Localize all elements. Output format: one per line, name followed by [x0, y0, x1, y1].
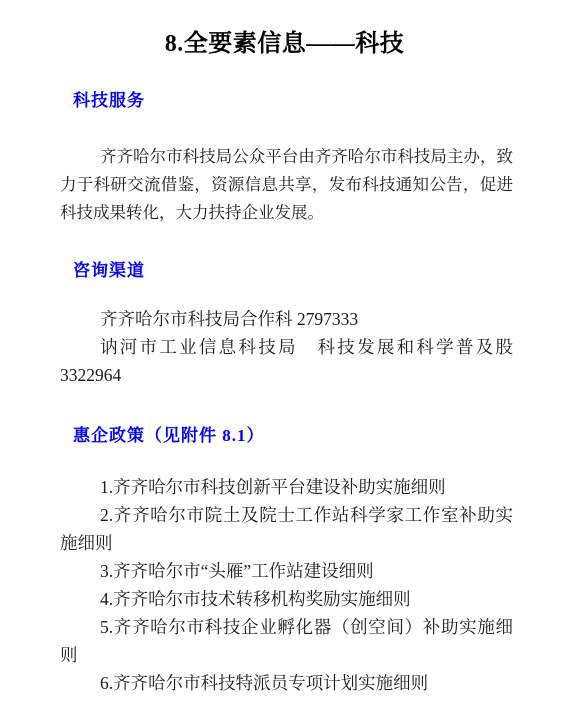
policy-item: 6.齐齐哈尔市科技特派员专项计划实施细则: [60, 669, 513, 697]
contact-list: 齐齐哈尔市科技局合作科 2797333 讷河市工业信息科技局 科技发展和科学普及…: [60, 305, 513, 389]
section-consult-channels: 咨询渠道 齐齐哈尔市科技局合作科 2797333 讷河市工业信息科技局 科技发展…: [60, 261, 513, 389]
section-heading-policies: 惠企政策（见附件 8.1）: [73, 426, 513, 446]
document-page: 8.全要素信息——科技 科技服务 齐齐哈尔市科技局公众平台由齐齐哈尔市科技局主办…: [0, 0, 569, 710]
policy-item: 5.齐齐哈尔市科技企业孵化器（创空间）补助实施细则: [60, 613, 513, 669]
policy-item: 2.齐齐哈尔市院土及院士工作站科学家工作室补助实施细则: [60, 501, 513, 557]
section-policies: 惠企政策（见附件 8.1） 1.齐齐哈尔市科技创新平台建设补助实施细则 2.齐齐…: [60, 426, 513, 697]
section-tech-service: 科技服务 齐齐哈尔市科技局公众平台由齐齐哈尔市科技局主办，致力于科研交流借鉴，资…: [60, 91, 513, 227]
section-heading-tech-service: 科技服务: [73, 91, 513, 111]
tech-service-paragraph: 齐齐哈尔市科技局公众平台由齐齐哈尔市科技局主办，致力于科研交流借鉴，资源信息共享…: [60, 143, 513, 227]
policy-list: 1.齐齐哈尔市科技创新平台建设补助实施细则 2.齐齐哈尔市院土及院士工作站科学家…: [60, 473, 513, 697]
section-heading-consult-channels: 咨询渠道: [73, 261, 513, 281]
page-title: 8.全要素信息——科技: [0, 0, 569, 61]
contact-entry: 讷河市工业信息科技局 科技发展和科学普及股3322964: [60, 333, 513, 389]
contact-entry: 齐齐哈尔市科技局合作科 2797333: [60, 305, 513, 333]
policy-item: 4.齐齐哈尔市技术转移机构奖励实施细则: [60, 585, 513, 613]
policy-item: 3.齐齐哈尔市“头雁”工作站建设细则: [60, 557, 513, 585]
policy-item: 1.齐齐哈尔市科技创新平台建设补助实施细则: [60, 473, 513, 501]
